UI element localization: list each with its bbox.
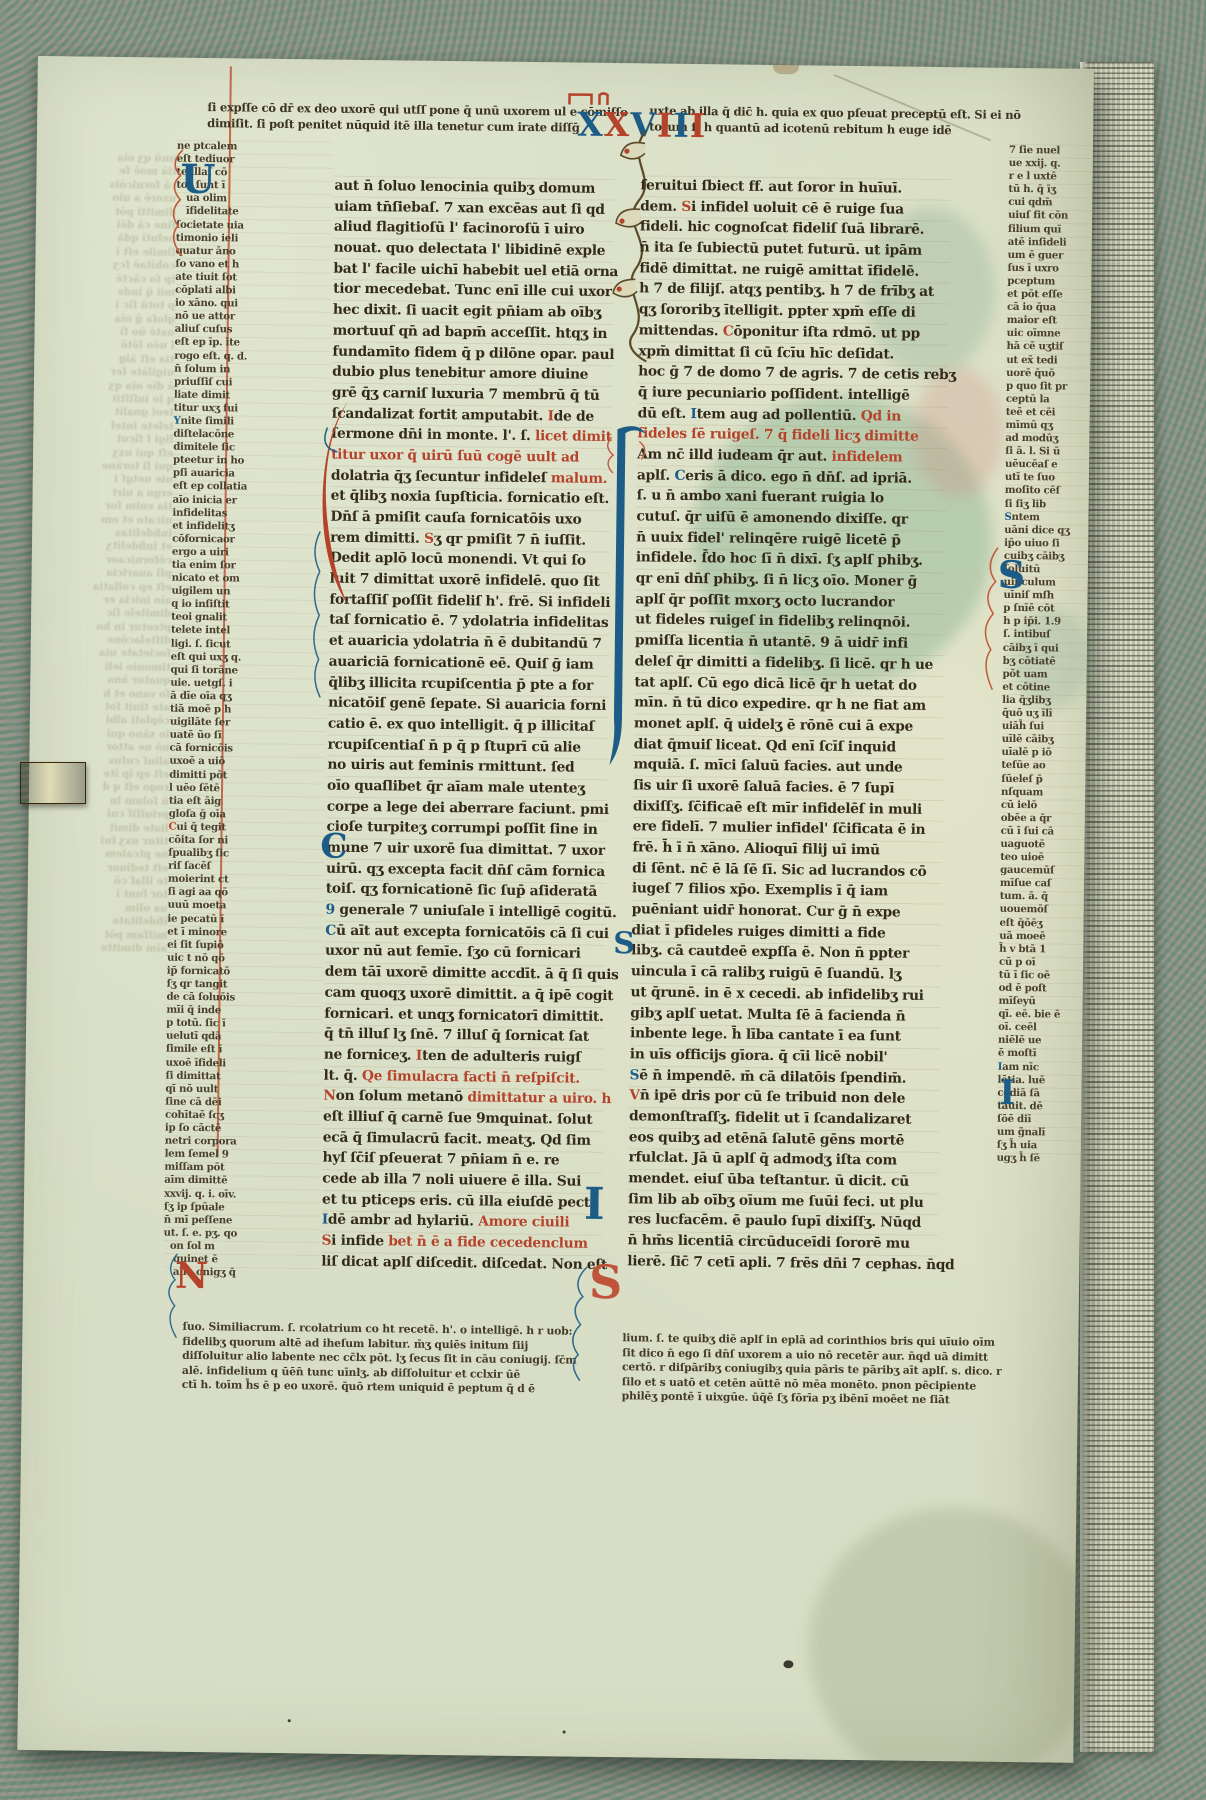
photograph-of-manuscript: { "colors":{"ink":"#342a1b","red":"#b543… [0, 0, 1206, 1800]
illuminated-initial-S-right: S [998, 556, 1026, 594]
bottom-gloss-right: lium. ſ. te quibʒ diē aplſ in eplā ad co… [622, 1331, 1063, 1409]
edge-nick [773, 65, 799, 74]
illuminated-initial-S: S [589, 1259, 623, 1305]
illuminated-initial-I: I [584, 1183, 605, 1227]
ink-speck [783, 1660, 793, 1668]
illuminated-initial-S2: S [613, 929, 635, 959]
parchment-stain [807, 1506, 1100, 1790]
ink-speck [288, 1719, 291, 1722]
illuminated-initial-J-icon [599, 419, 649, 776]
bottom-gloss-left: ſuo. Similiacrum. ſ. rcolatrium co ht re… [182, 1320, 603, 1398]
ink-speck [563, 1731, 566, 1734]
illuminated-initial-I-right: I [999, 1076, 1015, 1110]
penwork-flourish-icon [980, 546, 1008, 696]
main-column-left: aut n̄ ſoluo lenocinia quibʒ domumuiam t… [321, 176, 614, 1276]
left-gloss-column: ne ptcalemeſt tediuorte illaſ cōtor ſunt… [163, 140, 333, 1281]
illuminated-initial-C: C [320, 830, 347, 864]
penwork-squiggle-icon [306, 529, 328, 699]
right-gloss-column: 7 ſie nuelue xxij. q.r e l uxtētū h. q̄ … [997, 144, 1123, 1167]
running-header-right: uxte ab illa q̄ dic̄ h. quia ex quo pſeu… [649, 103, 1079, 139]
running-header-left: ſi expſſe cō dr̄ ex deo uxorē qui utſſ p… [207, 100, 585, 136]
illuminated-initial-U: U [180, 160, 215, 200]
main-column-right: ſeruitui ſbiect ff. aut ſoror in huīuī.d… [627, 175, 950, 1275]
penwork-flourish-icon [166, 148, 201, 258]
manuscript-page: unū qʒ oīatiā moē ſecā fornicōisuxorē a … [17, 56, 1094, 1763]
showthrough-text: unū qʒ oīatiā moē ſecā fornicōisuxorē a … [76, 152, 177, 1203]
folio-red-marks-icon [565, 90, 635, 107]
illuminated-initial-N: N [175, 1258, 208, 1294]
leather-bookmark-tab [20, 762, 86, 804]
penwork-flourish-icon [162, 1252, 185, 1342]
penwork-flourish-icon [568, 1265, 595, 1385]
